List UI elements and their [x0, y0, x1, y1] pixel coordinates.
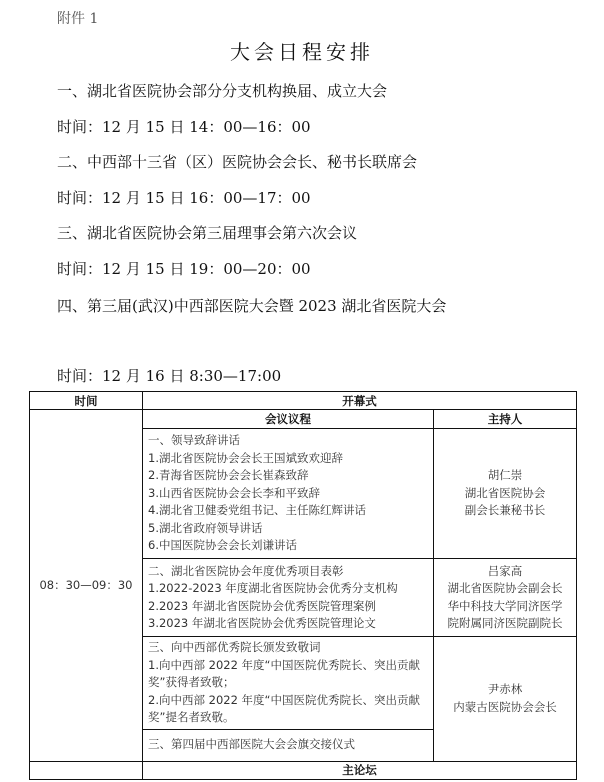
agenda-item: 1.2022-2023 年度湖北省医院协会优秀分支机构 — [148, 580, 428, 598]
agenda-cell-awards: 二、湖北省医院协会年度优秀项目表彰 1.2022-2023 年度湖北省医院协会优… — [143, 559, 434, 637]
section-4-time: 时间：12 月 16 日 8:30—17:00 — [57, 365, 281, 386]
agenda-item: 二、湖北省医院协会年度优秀项目表彰 — [148, 563, 428, 581]
section-4-heading: 四、第三届(武汉)中西部医院大会暨 2023 湖北省医院大会 — [57, 295, 446, 316]
host-title: 华中科技大学同济医学 — [434, 598, 576, 616]
page-title: 大会日程安排 — [0, 36, 604, 65]
host-cell-1: 胡仁崇 湖北省医院协会 副会长兼秘书长 — [434, 429, 577, 559]
agenda-item: 5.湖北省政府领导讲话 — [148, 520, 428, 538]
host-name: 吕家高 — [434, 563, 576, 581]
attachment-label: 附件 1 — [57, 8, 98, 28]
host-title: 湖北省医院协会副会长 — [434, 580, 576, 598]
host-title: 副会长兼秘书长 — [434, 502, 576, 520]
opening-ceremony-header: 开幕式 — [143, 392, 577, 410]
agenda-item: 3.2023 年湖北省医院协会优秀医院管理论文 — [148, 615, 428, 633]
agenda-item: 2.向中西部 2022 年度“中国医院优秀院长、突出贡献奖”提名者致敬。 — [148, 692, 428, 727]
agenda-item: 三、第四届中西部医院大会会旗交接仪式 — [148, 736, 428, 754]
agenda-cell-tribute: 三、向中西部优秀院长颁发致敬词 1.向中西部 2022 年度“中国医院优秀院长、… — [143, 637, 434, 730]
agenda-item: 4.湖北省卫健委党组书记、主任陈红辉讲话 — [148, 502, 428, 520]
agenda-item: 1.湖北省医院协会会长王国斌致欢迎辞 — [148, 450, 428, 468]
host-column-header: 主持人 — [434, 410, 577, 429]
section-2-time: 时间：12 月 15 日 16：00—17：00 — [57, 187, 311, 208]
agenda-item: 2.青海省医院协会会长崔森致辞 — [148, 467, 428, 485]
host-name: 尹赤林 — [434, 681, 576, 699]
section-2-heading: 二、中西部十三省（区）医院协会会长、秘书长联席会 — [57, 151, 417, 172]
agenda-cell-flag-handover: 三、第四届中西部医院大会会旗交接仪式 — [143, 729, 434, 761]
host-title: 内蒙古医院协会会长 — [434, 699, 576, 717]
agenda-cell-speeches: 一、领导致辞讲话 1.湖北省医院协会会长王国斌致欢迎辞 2.青海省医院协会会长崔… — [143, 429, 434, 559]
host-title: 院附属同济医院副院长 — [434, 615, 576, 633]
agenda-item: 3.山西省医院协会会长李和平致辞 — [148, 485, 428, 503]
section-4-time: 时间：12 月 15 日 19：00—20：00 — [57, 258, 311, 279]
host-cell-3: 尹赤林 内蒙古医院协会会长 — [434, 637, 577, 762]
schedule-table: 时间 开幕式 08：30—09：30 会议议程 主持人 一、领导致辞讲话 1.湖… — [29, 391, 577, 780]
agenda-column-header: 会议议程 — [143, 410, 434, 429]
opening-time-cell: 08：30—09：30 — [30, 410, 143, 762]
section-1-time: 时间：12 月 15 日 14：00—16：00 — [57, 116, 311, 137]
main-forum-header: 主论坛 — [143, 761, 577, 779]
host-name: 胡仁崇 — [434, 467, 576, 485]
section-3-heading: 三、湖北省医院协会第三届理事会第六次会议 — [57, 222, 357, 243]
host-title: 湖北省医院协会 — [434, 485, 576, 503]
agenda-item: 三、向中西部优秀院长颁发致敬词 — [148, 639, 428, 657]
agenda-item: 6.中国医院协会会长刘谦讲话 — [148, 537, 428, 555]
section-1-heading: 一、湖北省医院协会部分分支机构换届、成立大会 — [57, 80, 387, 101]
agenda-item: 一、领导致辞讲话 — [148, 432, 428, 450]
time-column-header: 时间 — [30, 392, 143, 410]
main-forum-time-cell — [30, 761, 143, 779]
agenda-item: 1.向中西部 2022 年度“中国医院优秀院长、突出贡献奖”获得者致敬； — [148, 657, 428, 692]
agenda-item: 2.2023 年湖北省医院协会优秀医院管理案例 — [148, 598, 428, 616]
host-cell-2: 吕家高 湖北省医院协会副会长 华中科技大学同济医学 院附属同济医院副院长 — [434, 559, 577, 637]
